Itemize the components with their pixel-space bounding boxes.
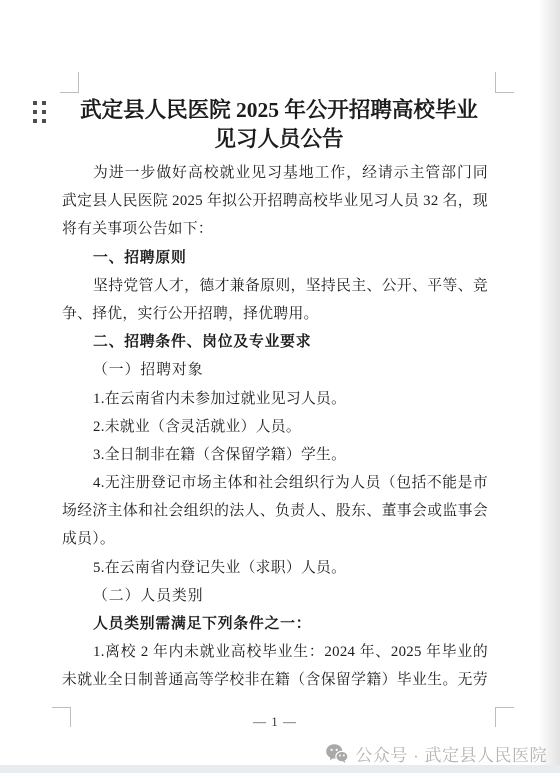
watermark-text: 公众号 · 武定县人民医院: [355, 741, 547, 766]
document-title: 武定县人民医院 2025 年公开招聘高校毕业 见习人员公告: [62, 96, 488, 153]
drag-handle-dots-icon[interactable]: [33, 101, 46, 123]
document-line: 成员）。: [62, 525, 488, 553]
document-title-line: 武定县人民医院 2025 年公开招聘高校毕业: [70, 96, 488, 125]
document-line: 一、招聘原则: [62, 244, 488, 272]
document-line: （一）招聘对象: [62, 356, 488, 384]
document-line: 人员类别需满足下列条件之一：: [62, 610, 488, 638]
document-line: 争、择优，实行公开招聘，择优聘用。: [62, 300, 488, 328]
document-line: 未就业全日制普通高等学校非在籍（含保留学籍）毕业生。无劳: [62, 666, 488, 694]
document-line: 为进一步做好高校就业见习基地工作，经请示主管部门同意，: [62, 159, 488, 187]
page-edge-shadow: [538, 0, 560, 773]
document-line: 2.未就业（含灵活就业）人员。: [62, 413, 488, 441]
text-boundary-mark-top-right: [495, 72, 514, 93]
text-boundary-mark-bottom-right: [495, 707, 514, 727]
document-line: 武定县人民医院 2025 年拟公开招聘高校毕业见习人员 32 名，现: [62, 187, 488, 215]
bottom-bar: [0, 765, 560, 773]
text-boundary-mark-top-left: [60, 72, 79, 93]
document-line: 将有关事项公告如下：: [62, 215, 488, 243]
document-line: 4.无注册登记市场主体和社会组织行为人员（包括不能是市: [62, 469, 488, 497]
document-body: 为进一步做好高校就业见习基地工作，经请示主管部门同意，武定县人民医院 2025 …: [62, 159, 488, 695]
document-line: 1.在云南省内未参加过就业见习人员。: [62, 385, 488, 413]
document-line: 二、招聘条件、岗位及专业要求: [62, 328, 488, 356]
document-line: 坚持党管人才，德才兼备原则，坚持民主、公开、平等、竞: [62, 272, 488, 300]
document-content: 武定县人民医院 2025 年公开招聘高校毕业 见习人员公告 为进一步做好高校就业…: [62, 96, 488, 695]
wechat-icon: [326, 744, 348, 763]
document-title-line: 见习人员公告: [70, 125, 488, 154]
document-line: （二）人员类别: [62, 582, 488, 610]
document-line: 3.全日制非在籍（含保留学籍）学生。: [62, 441, 488, 469]
watermark: 公众号 · 武定县人民医院: [326, 742, 547, 764]
document-line: 场经济主体和社会组织的法人、负责人、股东、董事会或监事会: [62, 497, 488, 525]
document-line: 5.在云南省内登记失业（求职）人员。: [62, 554, 488, 582]
document-line: 1.离校 2 年内未就业高校毕业生：2024 年、2025 年毕业的: [62, 638, 488, 666]
page-number: — 1 —: [62, 714, 488, 730]
